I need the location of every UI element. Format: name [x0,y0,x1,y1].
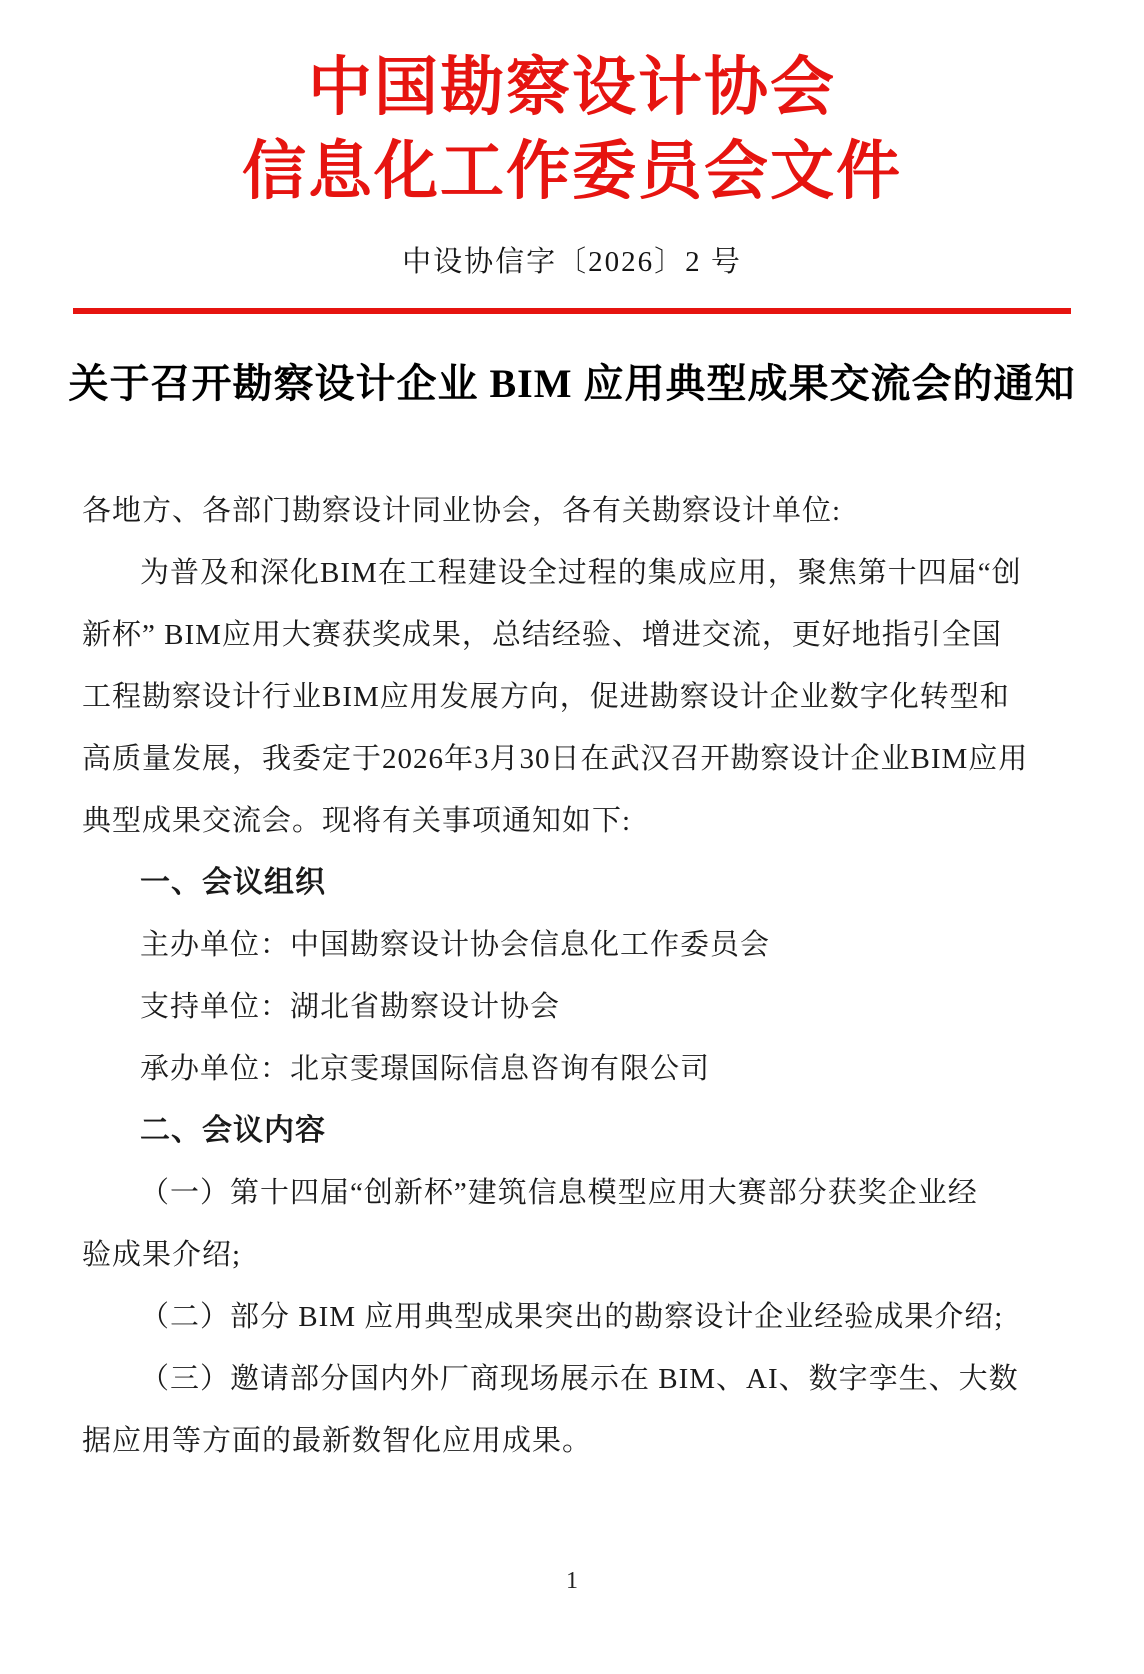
body-line: 为普及和深化BIM在工程建设全过程的集成应用，聚焦第十四届“创 [82,542,1074,604]
list-item: （三）邀请部分国内外厂商现场展示在 BIM、AI、数字孪生、大数 [82,1348,1074,1410]
document-title: 关于召开勘察设计企业 BIM 应用典型成果交流会的通知 [30,360,1114,408]
list-item: （二）部分 BIM 应用典型成果突出的勘察设计企业经验成果介绍; [82,1286,1074,1348]
org-name-line2: 信息化工作委员会文件 [0,130,1144,214]
doc-number: 中设协信字〔2026〕2 号 [0,242,1144,282]
page-number: 1 [566,1568,578,1594]
list-item: （一）第十四届“创新杯”建筑信息模型应用大赛部分获奖企业经 [82,1162,1074,1224]
document-body: 各地方、各部门勘察设计同业协会，各有关勘察设计单位: 为普及和深化BIM在工程建… [82,480,1074,1472]
body-line: 新杯” BIM应用大赛获奖成果，总结经验、增进交流，更好地指引全国 [82,604,1074,666]
org-name-line1: 中国勘察设计协会 [0,46,1144,130]
red-divider-line [73,308,1071,314]
body-line: 高质量发展，我委定于2026年3月30日在武汉召开勘察设计企业BIM应用 [82,728,1074,790]
body-line: 工程勘察设计行业BIM应用发展方向，促进勘察设计企业数字化转型和 [82,666,1074,728]
list-item: 验成果介绍; [82,1224,1074,1286]
supporter-line: 支持单位：湖北省勘察设计协会 [82,976,1074,1038]
document-page: 中国勘察设计协会 信息化工作委员会文件 中设协信字〔2026〕2 号 关于召开勘… [0,0,1144,1674]
page-footer: 1 [0,1566,1144,1596]
salutation-line: 各地方、各部门勘察设计同业协会，各有关勘察设计单位: [82,480,1074,542]
section-heading-1: 一、会议组织 [82,852,1074,914]
undertaker-line: 承办单位：北京雯璟国际信息咨询有限公司 [82,1038,1074,1100]
list-item: 据应用等方面的最新数智化应用成果。 [82,1410,1074,1472]
organizer-line: 主办单位：中国勘察设计协会信息化工作委员会 [82,914,1074,976]
section-heading-2: 二、会议内容 [82,1100,1074,1162]
letterhead: 中国勘察设计协会 信息化工作委员会文件 中设协信字〔2026〕2 号 [0,0,1144,314]
body-line: 典型成果交流会。现将有关事项通知如下: [82,790,1074,852]
